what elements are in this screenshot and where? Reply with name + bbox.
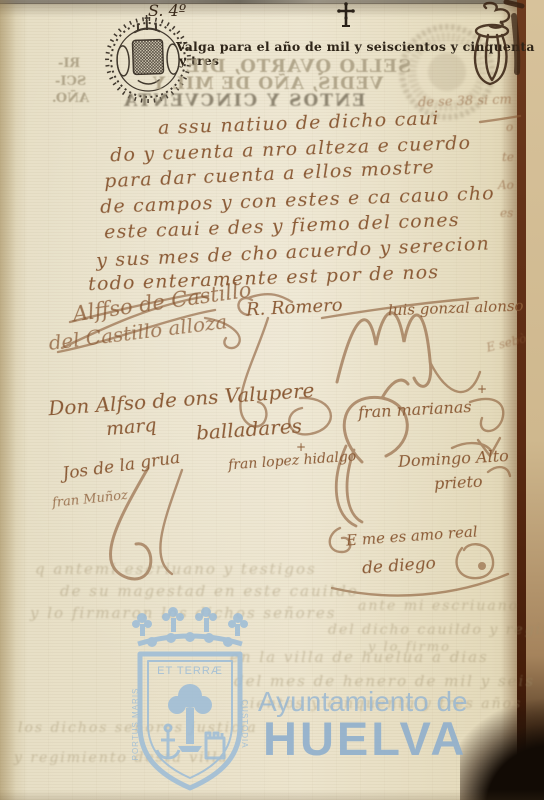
shield-motto-right: CUSTODIA — [240, 699, 249, 748]
bleedthrough-script: del dicho cauildo y regimiento — [328, 622, 544, 638]
bleedthrough-script: de su magestad en este cauildo — [60, 582, 359, 600]
bleedthrough-script: ante mi escriuano — [358, 598, 519, 614]
bleedthrough-script: q antemi escriuano y testigos — [35, 560, 317, 578]
shield-motto-top: ET TERRÆ — [157, 665, 223, 677]
huelva-coat-of-arms: ET TERRÆ PORTUS MARIS CUSTODIA — [128, 604, 252, 796]
bleedthrough-script: y lo firmo — [368, 640, 451, 655]
manuscript-page-scan: S. 4º Valga para el año de mil y seiscie… — [0, 0, 544, 800]
shield-motto-left: PORTUS MARIS — [131, 688, 140, 761]
watermark-org-name-main: HUELVA — [263, 711, 467, 766]
